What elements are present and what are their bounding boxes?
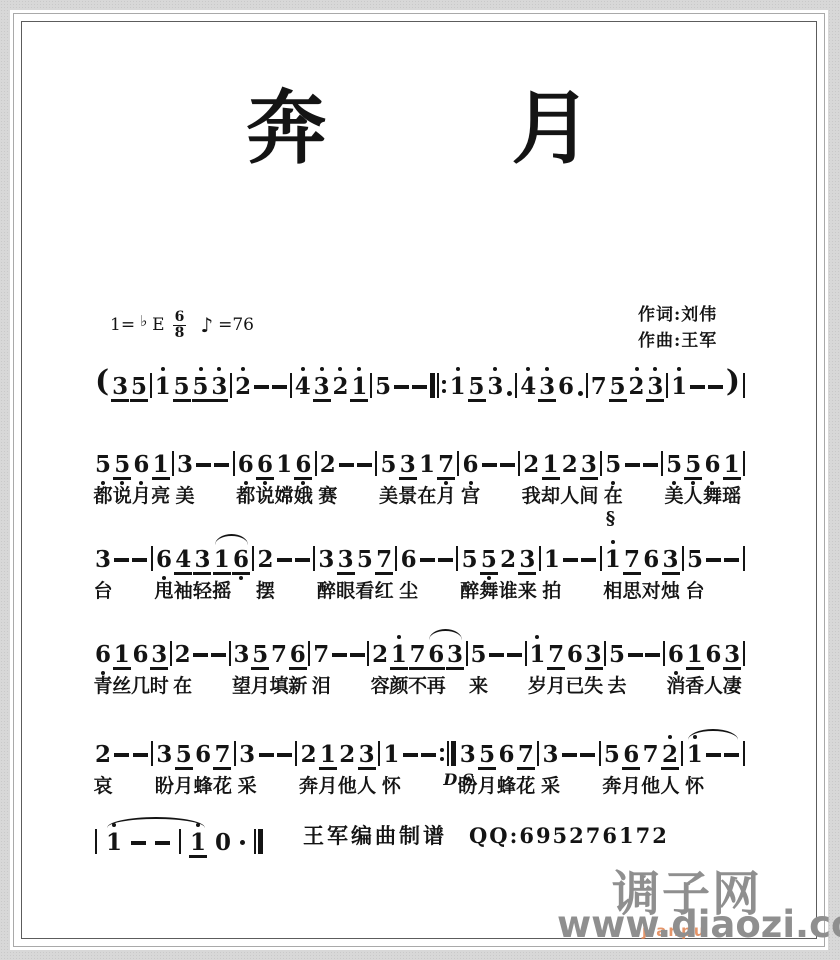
note-digit: 6 (133, 453, 149, 476)
barline (395, 535, 397, 571)
note-token: 0 (215, 818, 231, 854)
note-token: 5在 (605, 440, 621, 476)
barline (151, 730, 153, 766)
note-digit: 3 (239, 743, 255, 766)
barline-glyph (743, 373, 745, 398)
bar-stroke (395, 546, 397, 571)
lyric-char: 奔 (602, 771, 621, 798)
note-token: 4袖 (175, 535, 191, 571)
lyric-char: 美 (175, 481, 194, 508)
bar-stroke (313, 546, 315, 571)
note-token: 5 (469, 362, 485, 398)
note-digit: 7 (214, 743, 230, 766)
barline (743, 440, 745, 476)
lyric-char: 人 (660, 771, 679, 798)
barline (743, 362, 745, 398)
score-line: 2哀3盼5月6蜂7花3采2奔1月2他3人1怀D.S3盼5月6蜂7花3采5奔6月7… (95, 730, 745, 766)
note-digit: 5 (357, 548, 373, 571)
note-token: 1却 (543, 440, 559, 476)
note-token: 6月 (623, 730, 639, 766)
lyric-char: 台 (93, 576, 112, 603)
song-title: 奔 月 (10, 88, 828, 168)
bar-stroke (537, 741, 539, 766)
note-token: 6新 (290, 630, 306, 666)
note-stack: 5 (174, 375, 190, 398)
note-stack: 2 (320, 453, 336, 476)
lyric-char: 在 (604, 481, 623, 508)
lyric-char: 在 (417, 481, 436, 508)
note-digit: 1 (153, 453, 169, 476)
bar-stroke (95, 829, 97, 854)
note-digit: 7 (624, 548, 640, 571)
barline-glyph (172, 451, 174, 476)
dot (442, 389, 446, 393)
note-token: 1丝 (114, 630, 130, 666)
note-digit: 5 (666, 453, 682, 476)
lyric-char: 月 (622, 771, 641, 798)
note-token: 2人 (662, 730, 678, 766)
note-stack: 5 (470, 643, 486, 666)
note-digit: 7 (438, 453, 454, 476)
note-stack: 2 (662, 743, 678, 766)
duration-dash (394, 362, 409, 398)
barline (599, 730, 601, 766)
barline (95, 818, 97, 854)
note-digit: 3 (359, 743, 375, 766)
duration-dash (500, 440, 515, 476)
barline-glyph (395, 546, 397, 571)
note-token: 1嫦 (276, 440, 292, 476)
note-token: 1拍 (544, 535, 560, 571)
note-stack: 3 (156, 743, 172, 766)
note-token: 5去 (609, 630, 625, 666)
title-char-right: 月 (512, 88, 592, 168)
barline (457, 440, 459, 476)
note-digit: 6 (233, 548, 249, 571)
note-token: 7花 (518, 730, 534, 766)
octave-dot-high (677, 367, 681, 371)
note-token: 7他 (643, 730, 659, 766)
note-token: 3醉 (318, 535, 334, 571)
note-stack: 7 (376, 548, 392, 571)
barline (525, 630, 527, 666)
lyric-char: 月 (437, 481, 456, 508)
note-token: 2 (332, 362, 348, 398)
note-stack: 5 (252, 643, 268, 666)
note-token: 2我 (523, 440, 539, 476)
lyric-char: 瑶 (722, 481, 741, 508)
note-digit: 2 (301, 743, 317, 766)
note-stack: 2 (629, 375, 645, 398)
note-digit: 6 (156, 548, 172, 571)
barline (743, 730, 745, 766)
octave-dot-high (611, 540, 615, 544)
note-stack: 3 (211, 375, 227, 398)
octave-dot-high (338, 367, 342, 371)
note-token: 1瑶 (724, 440, 740, 476)
note-stack: 5 (481, 548, 497, 571)
note-digit: 1 (605, 548, 621, 571)
note-stack: 2 (562, 453, 578, 476)
note-token: 3盼 (460, 730, 476, 766)
flat-icon: ♭ (140, 312, 147, 330)
barline-glyph (234, 741, 236, 766)
barline (295, 730, 297, 766)
bar-stroke (229, 641, 231, 666)
note-token: 3采 (239, 730, 255, 766)
note-token: 6都 (238, 440, 254, 476)
note-digit: 6 (95, 643, 111, 666)
note-token: 2在 (175, 630, 191, 666)
barline-glyph (515, 373, 517, 398)
dot (442, 380, 446, 384)
note-digit: 3 (724, 643, 740, 666)
note-stack: 1 (106, 831, 122, 854)
lyric-char: 景 (398, 481, 417, 508)
note-stack: 5 (605, 453, 621, 476)
note-token: 5月 (479, 730, 495, 766)
barline (254, 818, 263, 854)
duration-dash (196, 440, 211, 476)
note-stack: 1 (543, 453, 559, 476)
note-stack: 1 (391, 643, 407, 666)
duration-dash (420, 535, 435, 571)
barline (600, 535, 602, 571)
duration-dash (332, 630, 347, 666)
bar-stroke (151, 546, 153, 571)
duration-dash (214, 440, 229, 476)
note-digit: 6 (704, 453, 720, 476)
octave-dot-high (161, 367, 165, 371)
score-line: (35155324321515343675231) (95, 362, 745, 398)
note-stack: 3 (586, 643, 602, 666)
duration-dash (339, 440, 354, 476)
lyric-char: 月 (318, 771, 337, 798)
note-digit: 6 (668, 643, 684, 666)
note-digit: 2 (175, 643, 191, 666)
note-token: 7 (591, 362, 607, 398)
note-token: 5月 (176, 730, 192, 766)
note-stack: 3 (314, 375, 330, 398)
bar-stroke (661, 451, 663, 476)
note-token: 7不 (410, 630, 426, 666)
barline (172, 440, 174, 476)
bar-stroke (367, 641, 369, 666)
octave-dot-high (456, 367, 460, 371)
note-digit: 1 (544, 548, 560, 571)
note-token: 3采 (543, 730, 559, 766)
lyric-char: 说 (113, 481, 132, 508)
note-digit: 5 (131, 375, 147, 398)
bar-stroke (599, 741, 601, 766)
barline-glyph (179, 829, 181, 854)
bar-stroke (150, 373, 152, 398)
barline (666, 362, 668, 398)
note-token: 5奔 (604, 730, 620, 766)
note-stack: 1 (671, 375, 687, 398)
note-stack: 3 (724, 643, 740, 666)
note-digit: 7 (643, 743, 659, 766)
note-stack: 2 (301, 743, 317, 766)
note-token: 2 (235, 362, 251, 398)
note-token: 7红 (376, 535, 392, 571)
dot (440, 748, 444, 752)
barline (586, 362, 588, 398)
bar-stroke (375, 451, 377, 476)
note-stack: 6 (623, 743, 639, 766)
note-token: 3间 (581, 440, 597, 476)
note-digit: 6 (567, 643, 583, 666)
duration-dash (724, 535, 739, 571)
barline-glyph (600, 546, 602, 571)
bar-stroke (447, 741, 449, 766)
note-stack: 7 (410, 643, 426, 666)
note-token: 3轻 (194, 535, 210, 571)
note-token: 1在 (419, 440, 435, 476)
duration-dash (259, 730, 274, 766)
note-token: 6尘 (401, 535, 417, 571)
lyric-char: 嫦 (275, 481, 294, 508)
bar-stroke (600, 546, 602, 571)
note-stack: 1 (605, 548, 621, 571)
note-stack: 1 (276, 453, 292, 476)
octave-dot-high (199, 367, 203, 371)
barline-glyph (661, 451, 663, 476)
duration-dash (403, 730, 418, 766)
lyric-char: 月 (251, 671, 270, 698)
bar-stroke (308, 641, 310, 666)
note-stack: 6 (643, 548, 659, 571)
note-token: 6人 (705, 630, 721, 666)
note-digit: 7 (518, 743, 534, 766)
note-digit: 5 (469, 375, 485, 398)
note-stack: 5 (479, 743, 495, 766)
lyric-char: 盼 (155, 771, 174, 798)
barline-glyph (254, 829, 263, 854)
lyric-char: 人 (704, 671, 723, 698)
note-digit: 1 (391, 643, 407, 666)
duration-dash (628, 630, 643, 666)
lyric-char: 相 (603, 576, 622, 603)
repeat-dots (442, 380, 446, 393)
bar-stroke (370, 373, 372, 398)
duration-dash (295, 535, 310, 571)
barline-glyph (743, 641, 745, 666)
duration-dash (254, 362, 269, 398)
note-stack: 7 (548, 643, 564, 666)
note-token: 3 (539, 362, 555, 398)
note-stack: 5 (381, 453, 397, 476)
note-digit: 1 (214, 548, 230, 571)
note-digit: 7 (591, 375, 607, 398)
note-token: 7填 (271, 630, 287, 666)
duration-dash (563, 535, 578, 571)
score-line: 3台6甩4袖3轻1摇62摆3醉3眼5看7红6尘5醉5舞2谁3来1拍1§相7思6对… (95, 535, 745, 571)
note-digit: 1 (529, 643, 545, 666)
lyric-char: 失 (584, 671, 603, 698)
note-digit: 6 (558, 375, 574, 398)
note-stack: 1 (450, 375, 466, 398)
note-digit: 1 (114, 643, 130, 666)
augmentation-dot (240, 818, 245, 854)
barline-glyph (681, 741, 683, 766)
note-digit: 1 (450, 375, 466, 398)
lyric-char: 人 (560, 481, 579, 508)
note-stack: 4 (295, 375, 311, 398)
note-digit: 7 (410, 643, 426, 666)
note-token: 7泪 (313, 630, 329, 666)
note-stack: 7 (313, 643, 329, 666)
note-stack: 7 (518, 743, 534, 766)
note-digit: 1 (419, 453, 435, 476)
note-token: 3人 (359, 730, 375, 766)
note-digit: 3 (95, 548, 111, 571)
lyric-char: 月 (547, 671, 566, 698)
note-token: 6舞 (704, 440, 720, 476)
note-stack: 0 (215, 831, 231, 854)
lyric-char: 谁 (499, 576, 518, 603)
bar-stroke (258, 829, 263, 854)
note-digit: 1 (543, 453, 559, 476)
bar-stroke (515, 373, 517, 398)
duration-dash (114, 730, 129, 766)
note-token: 6消 (668, 630, 684, 666)
note-digit: 3 (663, 548, 679, 571)
barline-glyph (375, 451, 377, 476)
note-stack: 6 (705, 643, 721, 666)
note-stack: 5 (357, 548, 373, 571)
barline (661, 440, 663, 476)
note-digit: 3 (194, 548, 210, 571)
octave-dot-high (635, 367, 639, 371)
octave-dot-high (301, 367, 305, 371)
sheet-page: 奔 月 1=♭E 6 8 ♪ =76 作词:刘伟 作曲:王军 (35155324… (10, 10, 828, 950)
note-stack: 7 (624, 548, 640, 571)
note-token: 5说 (114, 440, 130, 476)
lyric-char: 怀 (382, 771, 401, 798)
note-digit: 3 (234, 643, 250, 666)
note-stack: 1 (419, 453, 435, 476)
note-digit: 3 (447, 643, 463, 666)
octave-dot-high (545, 367, 549, 371)
lyric-char: 都 (93, 481, 112, 508)
note-digit: 5 (95, 453, 111, 476)
note-stack: 6 (195, 743, 211, 766)
bar-stroke (466, 641, 468, 666)
note-digit: 6 (132, 643, 148, 666)
lyric-char: 台 (685, 576, 704, 603)
note-token: 5 (174, 362, 190, 398)
note-token: 2他 (339, 730, 355, 766)
note-digit: 5 (193, 375, 209, 398)
barline (233, 440, 235, 476)
watermark-site-url: www.diaozi.com (557, 906, 840, 943)
note-digit: 3 (338, 548, 354, 571)
barline (466, 630, 468, 666)
lyric-char: 岁 (528, 671, 547, 698)
note-digit: 5 (375, 375, 391, 398)
note-digit: 2 (95, 743, 111, 766)
note-digit: 2 (235, 375, 251, 398)
note-stack: 3 (112, 375, 128, 398)
note-stack: 5 (685, 453, 701, 476)
note-token: 6青 (95, 630, 111, 666)
lyric-char: 舞 (703, 481, 722, 508)
note-token: 4 (520, 362, 536, 398)
note-stack: 3 (519, 548, 535, 571)
note-stack: 7 (643, 743, 659, 766)
note-token: 2奔 (301, 730, 317, 766)
note-token: 5醉 (462, 535, 478, 571)
lyric-char: 人 (684, 481, 703, 508)
note-stack: 7 (438, 453, 454, 476)
note-digit: 6 (290, 643, 306, 666)
duration-dash (211, 630, 226, 666)
lyric-char: 几 (131, 671, 150, 698)
barline (681, 730, 683, 766)
note-token: 4 (295, 362, 311, 398)
note-stack: 6 (133, 453, 149, 476)
note-stack: 2 (175, 643, 191, 666)
repeat-dots (440, 748, 444, 761)
barline-glyph (600, 451, 602, 476)
augmentation-dot (578, 391, 583, 396)
lyric-char: 盼 (458, 771, 477, 798)
barline-glyph (537, 741, 539, 766)
note-token: 3景 (400, 440, 416, 476)
note-token: 1 (351, 362, 367, 398)
note-stack: 3 (239, 743, 255, 766)
note-stack: 5 (131, 375, 147, 398)
note-digit: 6 (295, 453, 311, 476)
duration-dash (643, 440, 658, 476)
lyric-char: 醉 (317, 576, 336, 603)
note-stack: 2 (95, 743, 111, 766)
duration-dash (277, 730, 292, 766)
lyric-char: 对 (642, 576, 661, 603)
duration-dash (272, 362, 287, 398)
note-token: 2赛 (320, 440, 336, 476)
note-stack: 1 (687, 743, 703, 766)
note-token: 7花 (214, 730, 230, 766)
bar-stroke (539, 546, 541, 571)
barline (150, 362, 152, 398)
note-token: 6说 (257, 440, 273, 476)
duration-dash (133, 730, 148, 766)
note-token: 5看 (357, 535, 373, 571)
note-token: 3 (487, 362, 512, 398)
note-stack: 1 (383, 743, 399, 766)
note-stack: 6 (257, 453, 273, 476)
note-token: 6几 (132, 630, 148, 666)
barline-glyph (367, 641, 369, 666)
note-digit: 6 (643, 548, 659, 571)
note-stack: 3 (234, 643, 250, 666)
lyricist-credit: 作词:刘伟 (638, 302, 717, 328)
segno-icon: § (606, 508, 615, 529)
lyric-char: 说 (255, 481, 274, 508)
duration-dash (625, 440, 640, 476)
note-stack: 3 (581, 453, 597, 476)
duration-dash (580, 730, 595, 766)
barline-glyph (430, 373, 447, 398)
key-letter: E (152, 315, 164, 335)
note-stack: 5 (114, 453, 130, 476)
note-token: 3盼 (156, 730, 172, 766)
octave-dot-high (241, 367, 245, 371)
duration-dash (277, 535, 292, 571)
note-stack: 6 (401, 548, 417, 571)
